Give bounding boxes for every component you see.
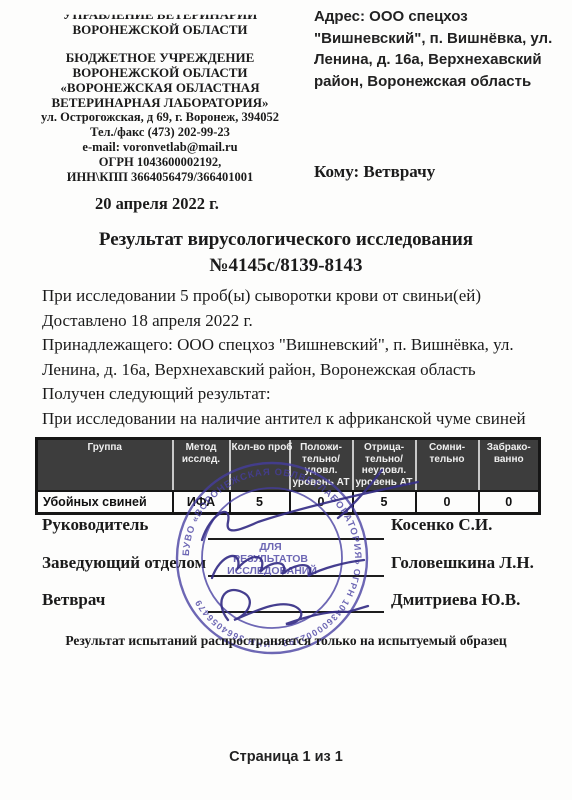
spacer [28, 37, 292, 50]
document-number: №4145с/8139-8143 [0, 253, 572, 279]
footer-disclaimer: Результат испытаний распространяется тол… [0, 633, 572, 649]
body-result-intro-line: Получен следующий результат: [42, 382, 548, 407]
stamp-center-text: ДЛЯ РЕЗУЛЬТАТОВ ИССЛЕДОВАНИЙ [227, 541, 317, 577]
lab-inn: ИНН\КПП 3664056479/366401001 [28, 170, 292, 185]
page-number: Страница 1 из 1 [0, 749, 572, 765]
lab-header-block: УПРАВЛЕНИЕ ВЕТЕРИНАРИИ ВОРОНЕЖСКОЙ ОБЛАС… [28, 7, 292, 185]
official-round-stamp: БУВО «ВОРОНЕЖСКАЯ ОБЛВЕТЛАБОРАТОРИЯ» ОГР… [177, 463, 367, 653]
body-owner-line: Принадлежащего: ООО спецхоз "Вишневский"… [42, 333, 548, 382]
document-body: При исследовании 5 проб(ы) сыворотки кро… [42, 284, 548, 456]
org-dept-line: ВОРОНЕЖСКОЙ ОБЛАСТИ [28, 22, 292, 37]
recipient-address-line: район, Воронежская область [314, 71, 569, 93]
signature-scribble-director [202, 482, 418, 540]
document-title-line: Результат вирусологического исследования [0, 227, 572, 253]
scanned-document-page: УПРАВЛЕНИЕ ВЕТЕРИНАРИИ ВОРОНЕЖСКОЙ ОБЛАС… [0, 0, 572, 800]
lab-name-line: «ВОРОНЕЖСКАЯ ОБЛАСТНАЯ [28, 80, 292, 95]
lab-name-line: ВОРОНЕЖСКОЙ ОБЛАСТИ [28, 65, 292, 80]
recipient-address-block: Адрес: ООО спецхоз "Вишневский", п. Вишн… [314, 6, 569, 92]
lab-name-line: БЮДЖЕТНОЕ УЧРЕЖДЕНИЕ [28, 50, 292, 65]
recipient-address-line: Адрес: ООО спецхоз [314, 6, 569, 28]
recipient-address-line: "Вишневский", п. Вишнёвка, ул. [314, 28, 569, 50]
col-header-rejected: Забрако- ванно [479, 439, 540, 492]
body-samples-line: При исследовании 5 проб(ы) сыворотки кро… [42, 284, 548, 309]
recipient-address-line: Ленина, д. 16а, Верхнехавский [314, 49, 569, 71]
lab-name-line: ВЕТЕРИНАРНАЯ ЛАБОРАТОРИЯ» [28, 95, 292, 110]
signature-role: Ветврач [42, 590, 105, 610]
lab-address: ул. Острогожская, д 69, г. Воронеж, 3940… [28, 110, 292, 125]
document-date: 20 апреля 2022 г. [95, 194, 219, 214]
lab-email: e-mail: voronvetlab@mail.ru [28, 140, 292, 155]
recipient-to: Кому: Ветврачу [314, 162, 435, 182]
cell-rejected: 0 [479, 491, 540, 514]
document-title: Результат вирусологического исследования… [0, 227, 572, 279]
org-dept-line: УПРАВЛЕНИЕ ВЕТЕРИНАРИИ [28, 7, 292, 22]
lab-ogrn: ОГРН 1043600002192, [28, 155, 292, 170]
body-delivered-line: Доставлено 18 апреля 2022 г. [42, 309, 548, 334]
lab-phone: Тел./факс (473) 202-99-23 [28, 125, 292, 140]
signature-role: Руководитель [42, 515, 148, 535]
